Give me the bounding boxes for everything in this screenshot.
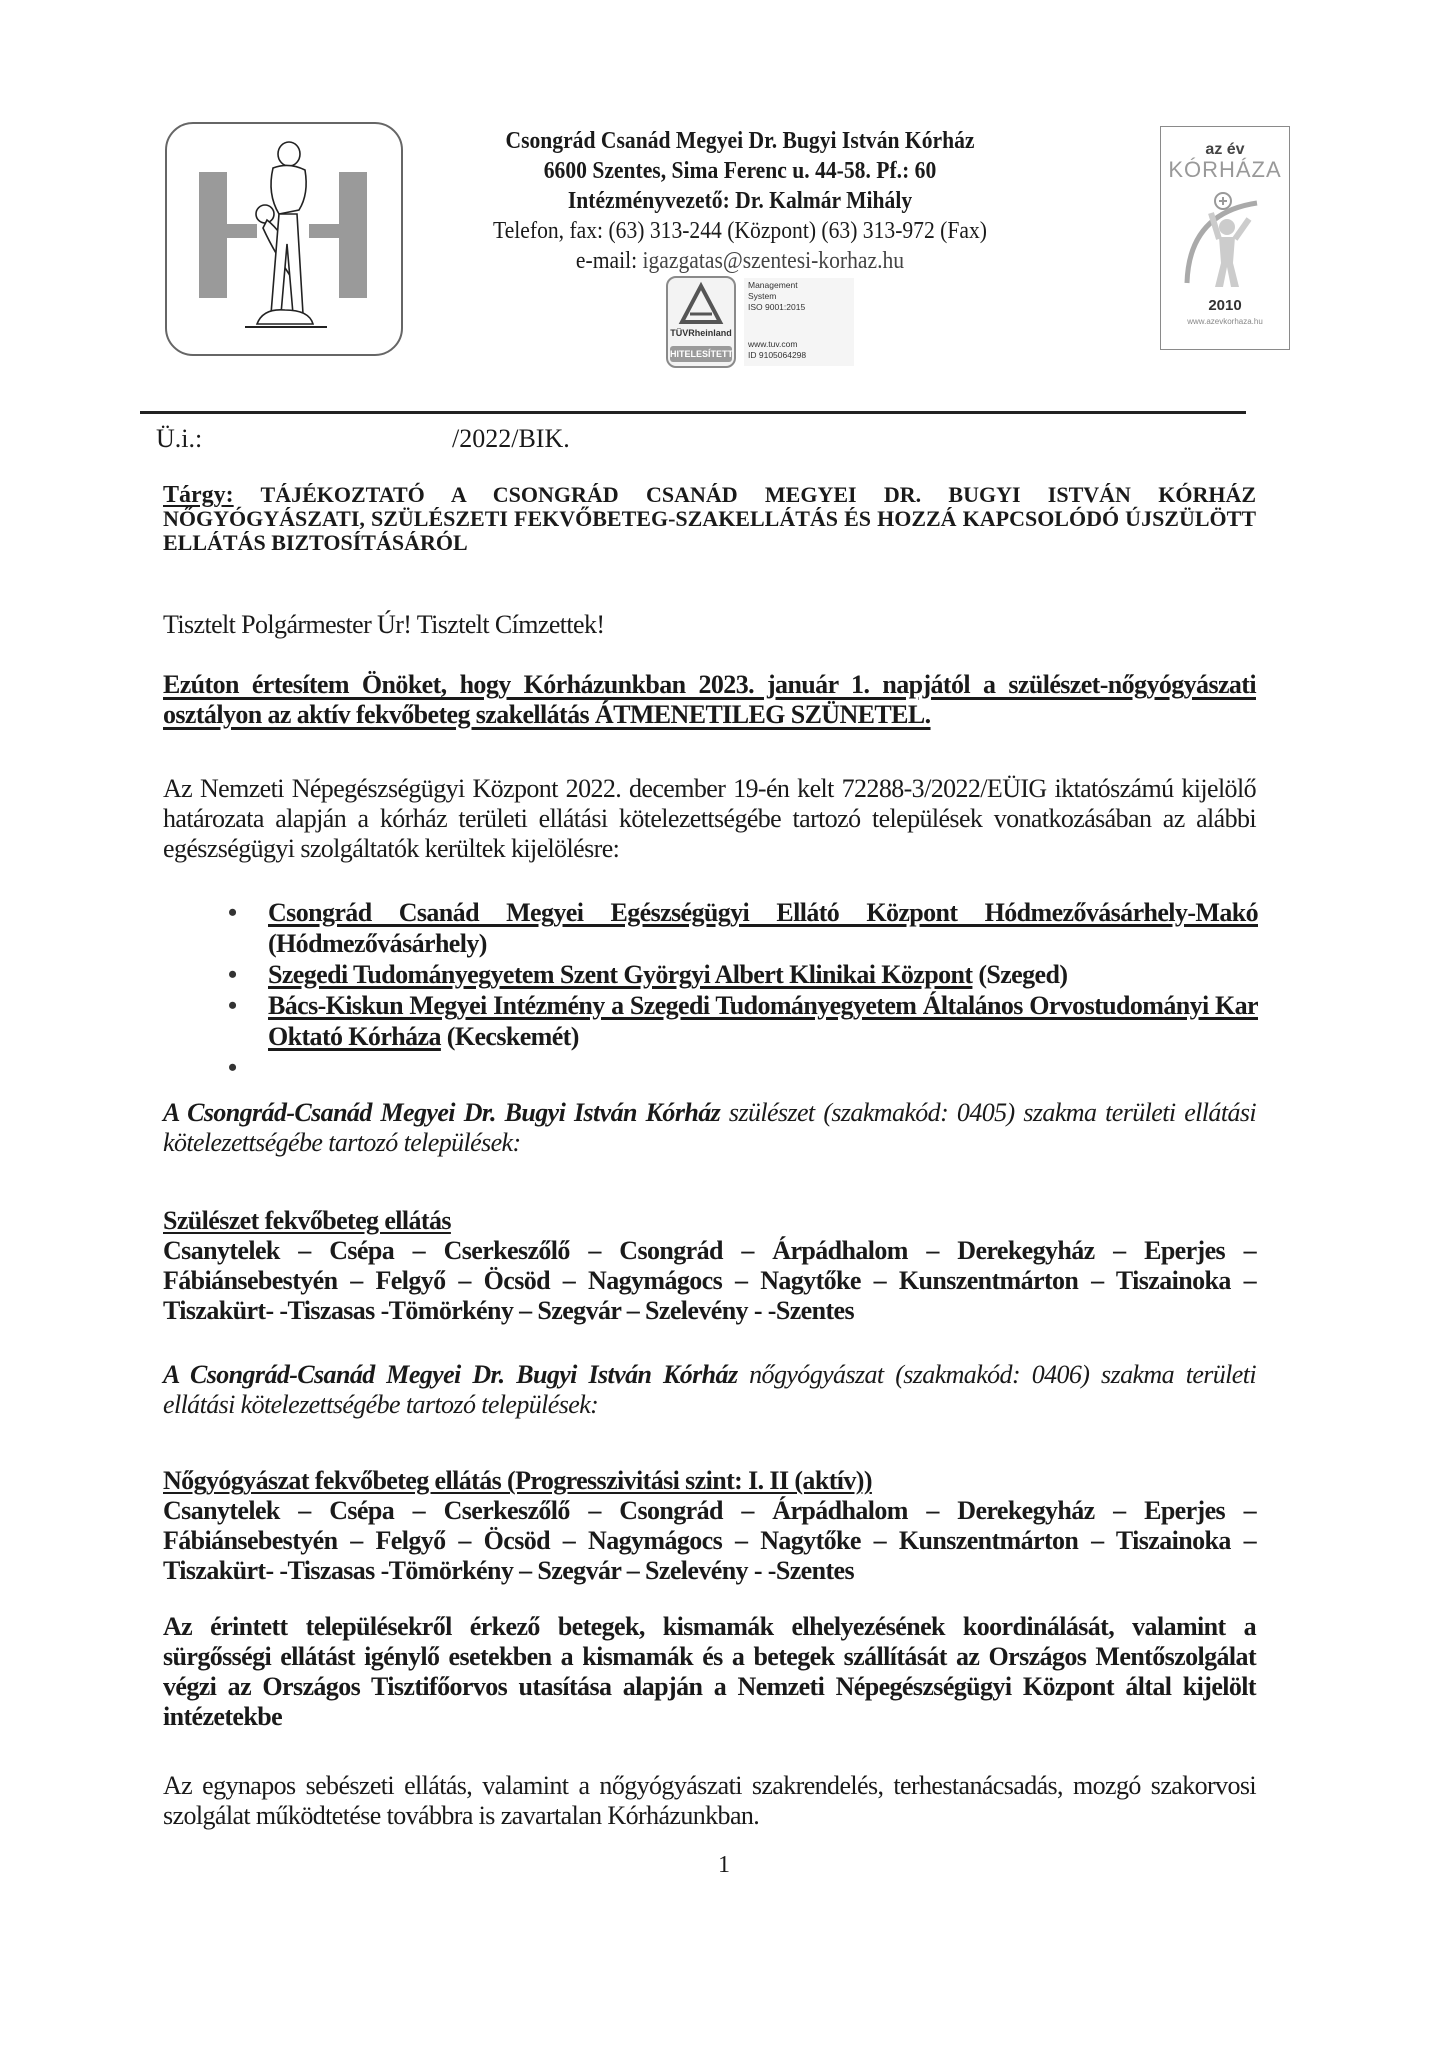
subject-line: Tárgy: TÁJÉKOZTATÓ A CSONGRÁD CSANÁD MEG… [163, 483, 1256, 555]
institution-email-line: e-mail: igazgatas@szentesi-korhaz.hu [452, 246, 1028, 276]
page-number: 1 [0, 1852, 1448, 1879]
provider-name: Szegedi Tudományegyetem Szent Györgyi Al… [268, 960, 972, 989]
provider-name: Bács-Kiskun Megyei Intézmény a Szegedi T… [268, 991, 1258, 1051]
provider-name: Csongrád Csanád Megyei Egészségügyi Ellá… [268, 898, 1258, 927]
provider-city: (Szeged) [972, 960, 1067, 989]
obstetrics-intro: A Csongrád-Csanád Megyei Dr. Bugyi Istvá… [163, 1098, 1256, 1158]
tuv-band: HITELESÍTETT [670, 346, 732, 362]
gynecology-intro-hospital: A Csongrád-Csanád Megyei Dr. Bugyi Istvá… [163, 1360, 737, 1389]
cert-line-2: System [748, 291, 850, 302]
header-divider [140, 411, 1246, 414]
hospital-of-the-year-badge: az év KÓRHÁZA 2010 www.azevkorhaza.hu [1160, 126, 1290, 350]
cert-url: www.tuv.com [748, 339, 850, 350]
greeting: Tisztelt Polgármester Úr! Tisztelt Címze… [163, 610, 1256, 640]
hospital-logo [165, 122, 403, 356]
gynecology-settlements: Csanytelek – Csépa – Cserkeszőlő – Csong… [163, 1496, 1256, 1586]
subject-label: Tárgy: [163, 482, 234, 508]
tuv-certification-badge: TÜVRheinland HITELESÍTETT [666, 276, 736, 368]
award-year: 2010 [1161, 297, 1289, 314]
closure-notice: Ezúton értesítem Önöket, hogy Kórházunkb… [163, 670, 1256, 730]
tuv-certification-text: Management System ISO 9001:2015 www.tuv.… [744, 278, 854, 366]
obstetrics-heading: Szülészet fekvőbeteg ellátás [163, 1206, 1256, 1236]
reference-label: Ü.i.: [156, 424, 202, 454]
award-url: www.azevkorhaza.hu [1161, 317, 1289, 326]
award-figure-icon [1177, 183, 1277, 293]
obstetrics-settlements: Csanytelek – Csépa – Cserkeszőlő – Csong… [163, 1236, 1256, 1326]
provider-item: Szegedi Tudományegyetem Szent Györgyi Al… [228, 959, 1258, 990]
provider-item: Csongrád Csanád Megyei Egészségügyi Ellá… [228, 897, 1258, 959]
institution-name: Csongrád Csanád Megyei Dr. Bugyi István … [452, 126, 1028, 156]
designation-paragraph: Az Nemzeti Népegészségügyi Központ 2022.… [163, 774, 1256, 864]
gynecology-intro: A Csongrád-Csanád Megyei Dr. Bugyi Istvá… [163, 1360, 1256, 1420]
subject-text: TÁJÉKOZTATÓ A CSONGRÁD CSANÁD MEGYEI DR.… [163, 482, 1256, 555]
provider-item: Bács-Kiskun Megyei Intézmény a Szegedi T… [228, 990, 1258, 1052]
provider-city: (Kecskemét) [441, 1022, 579, 1051]
email-label: e-mail: [576, 248, 643, 274]
cert-line-3: ISO 9001:2015 [748, 302, 850, 313]
provider-city: (Hódmezővásárhely) [268, 929, 487, 958]
provider-item-empty [228, 1052, 1258, 1083]
institution-address: 6600 Szentes, Sima Ferenc u. 44-58. Pf.:… [452, 156, 1028, 186]
cert-id: ID 9105064298 [748, 350, 850, 361]
cert-line-1: Management [748, 280, 850, 291]
tuv-brand: TÜVRheinland [668, 328, 734, 338]
obstetrics-intro-hospital: A Csongrád-Csanád Megyei Dr. Bugyi Istvá… [163, 1098, 720, 1127]
award-line-2: KÓRHÁZA [1161, 159, 1289, 181]
email-link[interactable]: igazgatas@szentesi-korhaz.hu [642, 248, 904, 274]
letterhead-text: Csongrád Csanád Megyei Dr. Bugyi István … [452, 126, 1028, 276]
coordination-paragraph: Az érintett településekről érkező betege… [163, 1612, 1256, 1732]
gynecology-heading: Nőgyógyászat fekvőbeteg ellátás (Progres… [163, 1466, 1256, 1496]
institution-director: Intézményvezető: Dr. Kalmár Mihály [452, 186, 1028, 216]
hospital-h-statue-logo-icon [167, 124, 403, 356]
reference-number: /2022/BIK. [452, 424, 570, 454]
institution-phone: Telefon, fax: (63) 313-244 (Központ) (63… [452, 216, 1028, 246]
provider-list: Csongrád Csanád Megyei Egészségügyi Ellá… [228, 897, 1258, 1083]
tuv-triangle-icon [668, 280, 734, 330]
continuing-services-paragraph: Az egynapos sebészeti ellátás, valamint … [163, 1771, 1256, 1831]
